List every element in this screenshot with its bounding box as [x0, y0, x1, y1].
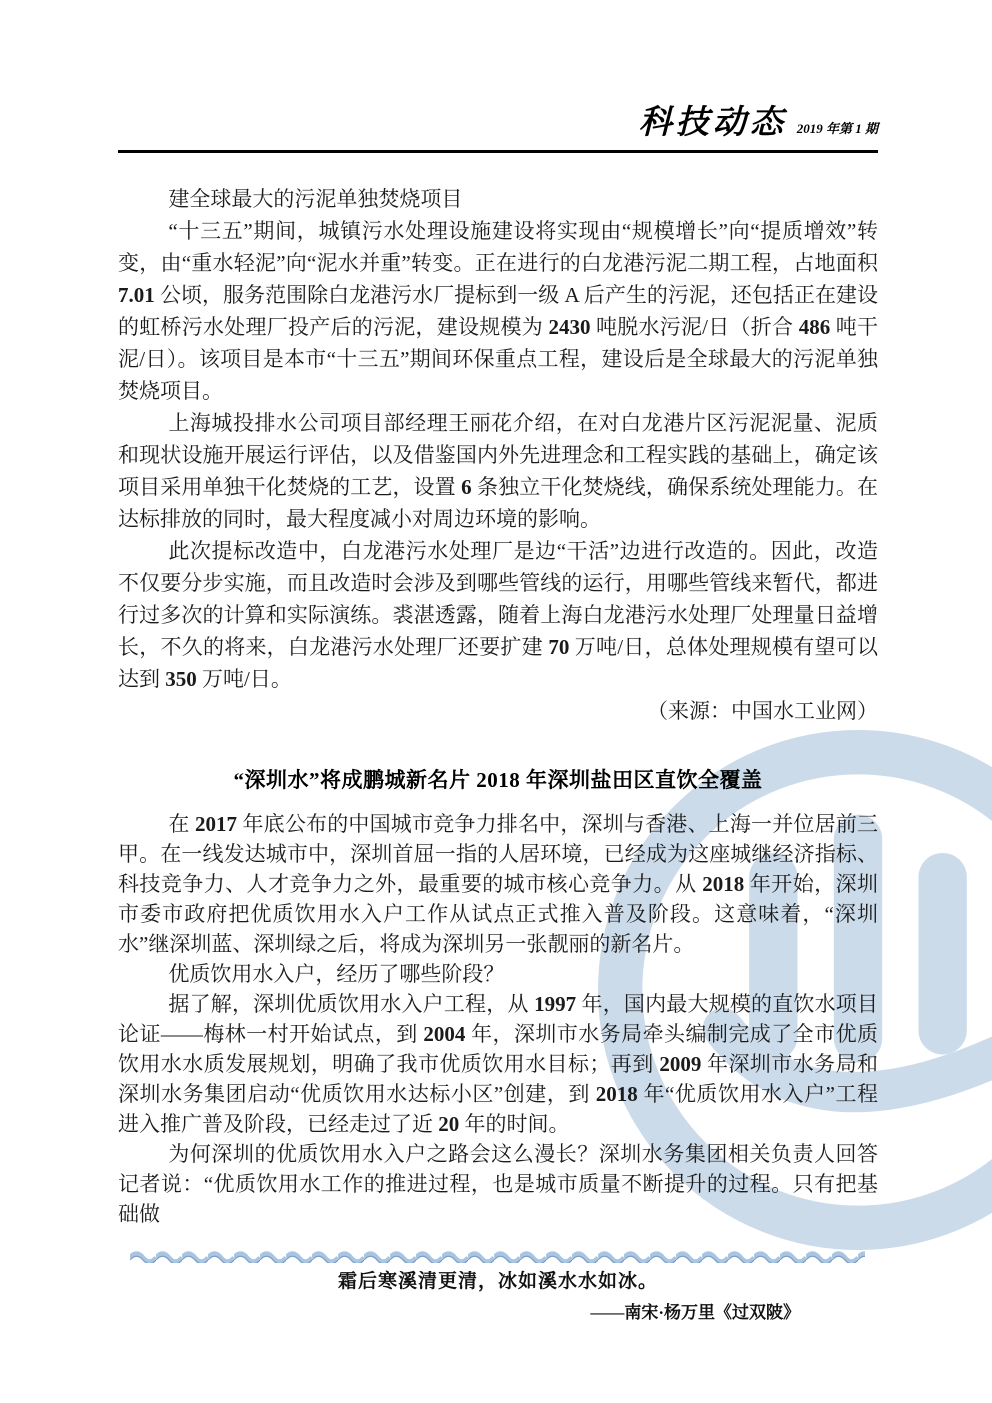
- footer-poem-attribution: ——南宋·杨万里《过双陂》: [118, 1298, 878, 1323]
- article1-paragraph: “十三五”期间，城镇污水处理设施建设将实现由“规模增长”向“提质增效”转变，由“…: [118, 215, 878, 407]
- article1-paragraph: 上海城投排水公司项目部经理王丽花介绍，在对白龙港片区污泥泥量、泥质和现状设施开展…: [118, 407, 878, 535]
- article1-source-credit: （来源：中国水工业网）: [118, 695, 878, 727]
- masthead-title: 科技动态: [639, 105, 787, 141]
- document-page: 科技动态2019 年第 1 期 建全球最大的污泥单独焚烧项目 “十三五”期间，城…: [0, 0, 992, 1403]
- footer-wave-divider: [130, 1249, 865, 1263]
- article2-paragraph: 为何深圳的优质饮用水入户之路会这么漫长？深圳水务集团相关负责人回答记者说：“优质…: [118, 1139, 878, 1229]
- article2-title: “深圳水”将成鹏城新名片 2018 年深圳盐田区直饮全覆盖: [118, 765, 878, 795]
- page-body: 建全球最大的污泥单独焚烧项目 “十三五”期间，城镇污水处理设施建设将实现由“规模…: [118, 183, 878, 1229]
- article2-paragraph: 在 2017 年底公布的中国城市竞争力排名中，深圳与香港、上海一并位居前三甲。在…: [118, 809, 878, 959]
- masthead-divider-rule: [118, 150, 878, 153]
- article2-paragraph: 据了解，深圳优质饮用水入户工程，从 1997 年，国内最大规模的直饮水项目论证—…: [118, 989, 878, 1139]
- footer-poem-quote: 霜后寒溪清更清，冰如溪水水如冰。: [118, 1266, 878, 1293]
- article-sludge-incineration: 建全球最大的污泥单独焚烧项目 “十三五”期间，城镇污水处理设施建设将实现由“规模…: [118, 183, 878, 727]
- masthead: 科技动态2019 年第 1 期: [118, 96, 878, 143]
- article1-paragraph: 此次提标改造中，白龙港污水处理厂是边“干活”边进行改造的。因此，改造不仅要分步实…: [118, 535, 878, 695]
- article2-paragraph: 优质饮用水入户，经历了哪些阶段？: [118, 959, 878, 989]
- article1-subheading: 建全球最大的污泥单独焚烧项目: [118, 183, 878, 215]
- article-shenzhen-water: “深圳水”将成鹏城新名片 2018 年深圳盐田区直饮全覆盖 在 2017 年底公…: [118, 765, 878, 1229]
- masthead-issue-label: 2019 年第 1 期: [797, 121, 878, 136]
